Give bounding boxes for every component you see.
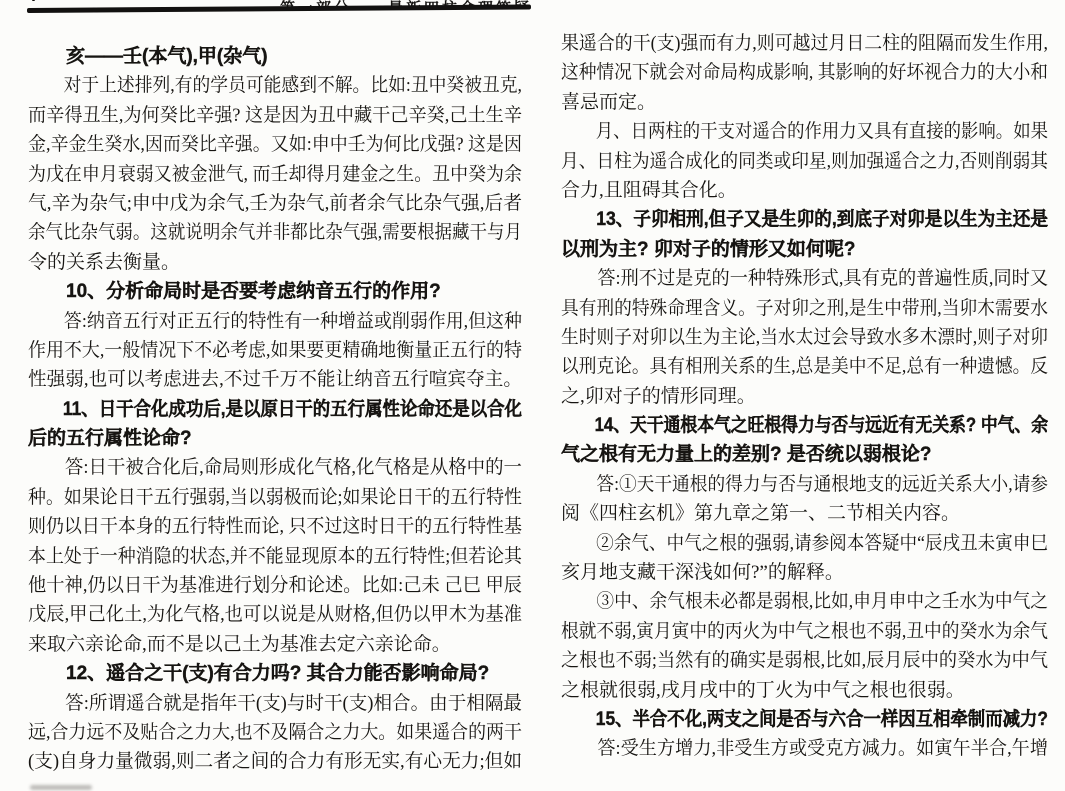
text-line: 阅《四柱玄机》第九章之第一、二节相关内容。	[561, 499, 1048, 528]
text-line: 以刑克论。具有相刑关系的生,总是美中不足,总有一种遗憾。反	[561, 352, 1048, 381]
text-line: 之根也不弱;当然有的确实是弱根,比如,辰月辰中的癸水为中气	[561, 646, 1048, 675]
text-line: 气,辛为杂气;申中戊为余气,壬为杂气,前者余气比杂气强,后者	[28, 189, 522, 218]
text-line: 令的关系去衡量。	[28, 248, 522, 277]
text-line: 答:①天干通根的得力与否与通根地支的远近关系大小,请参	[561, 470, 1048, 499]
text-line: ②余气、中气之根的强弱,请参阅本答疑中“辰戌丑未寅申巳	[561, 529, 1048, 558]
text-line: 余气比杂气弱。这就说明余气并非都比杂气强,需要根据藏干与月	[28, 218, 522, 247]
text-line: 15、半合不化,两支之间是否与六合一样因互相牵制而减力?	[561, 705, 1048, 734]
text-line: 答:受生方增力,非受生方或受克方减力。如寅午半合,午增	[561, 734, 1048, 763]
text-line: 戊辰,甲己化土,为化气格,也可以说是从财格,但仍以甲木为基准	[28, 600, 522, 629]
text-line: 答:所谓遥合就是指年干(支)与时干(支)相合。由于相隔最	[28, 689, 522, 718]
text-line: 来取六亲论命,而不是以己土为基准去定六亲论命。	[28, 630, 522, 659]
text-line: 具有刑的特殊命理含义。子对卯之刑,是生中带刑,当卯木需要水	[561, 294, 1048, 323]
text-line: 答:纳音五行对正五行的特性有一种增益或削弱作用,但这种	[28, 307, 522, 336]
text-line: 种。如果论日干五行强弱,当以弱极而论;如果论日干的五行特性	[28, 483, 522, 512]
text-line: 根就不弱,寅月寅中的丙火为中气之根也不弱,丑中的癸水为余气	[561, 617, 1048, 646]
text-line: 作用不大,一般情况下不必考虑,如果要更精确地衡量正五行的特	[28, 336, 522, 365]
text-line: 远,合力远不及贴合之力大,也不及隔合之力大。如果遥合的两干	[28, 718, 522, 747]
text-line: 喜忌而定。	[561, 88, 1048, 117]
text-line: 气之根有无力量上的差别? 是否统以弱根论?	[561, 440, 1048, 469]
text-line: 答:刑不过是克的一种特殊形式,具有克的普遍性质,同时又	[561, 264, 1048, 293]
text-line: 果遥合的干(支)强而有力,则可越过月日二柱的阻隔而发生作用,	[561, 29, 1048, 58]
book-page-scan: 4 第一部分——最新四柱命理答疑 亥——壬(本气),甲(杂气) 对于上述排列,有…	[0, 0, 1065, 791]
text-line: ③中、余气根未必都是弱根,比如,申月申中之壬水为中气之	[561, 587, 1048, 616]
page-number: 4	[26, 0, 56, 6]
text-line: 这种情况下就会对命局构成影响, 其影响的好坏视合力的大小和	[561, 58, 1048, 87]
text-line: 本上处于一种消隐的状态,并不能显现原本的五行特性;但若论其	[28, 542, 522, 571]
text-line: (支)自身力量微弱,则二者之间的合力有形无实,有心无力;但如	[28, 747, 522, 776]
text-line: 而辛得丑生,为何癸比辛强? 这是因为丑中藏干己辛癸,己土生辛	[28, 101, 522, 130]
text-line: 亥月地支藏干深浅如何?”的解释。	[561, 558, 1048, 587]
text-line: 月、日两柱的干支对遥合的作用力又具有直接的影响。如果	[561, 117, 1048, 146]
text-line: 11、日干合化成功后,是以原日干的五行属性论命还是以合化	[28, 395, 522, 424]
text-line: 后的五行属性论命?	[28, 424, 522, 453]
text-line: 合力,且阻碍其合化。	[561, 176, 1048, 205]
text-line: 亥——壬(本气),甲(杂气)	[28, 42, 522, 71]
text-line: 答:日干被合化后,命局则形成化气格,化气格是从格中的一	[28, 453, 522, 482]
text-line: 13、子卯相刑,但子又是生卯的,到底子对卯是以生为主还是	[561, 205, 1048, 234]
right-text-column: 果遥合的干(支)强而有力,则可越过月日二柱的阻隔而发生作用,这种情况下就会对命局…	[561, 29, 1048, 764]
text-line: 之,卯对子的情形同理。	[561, 382, 1048, 411]
text-line: 12、遥合之干(支)有合力吗? 其合力能否影响命局?	[28, 659, 522, 688]
text-line: 为戊在申月衰弱又被金泄气, 而壬却得月建金之生。丑中癸为余	[28, 160, 522, 189]
text-line: 金,辛金生癸水,因而癸比辛强。又如:申中壬为何比戊强? 这是因	[28, 130, 522, 159]
text-line: 月、日柱为遥合成化的同类或印星,则加强遥合之力,否则削弱其	[561, 147, 1048, 176]
text-line: 生时则子对卯以生为主论,当水太过会导致水多木漂时,则子对卯	[561, 323, 1048, 352]
text-line: 对于上述排列,有的学员可能感到不解。比如:丑中癸被丑克,	[28, 71, 522, 100]
text-line: 他十神,仍以日干为基准进行划分和论述。比如:己未 己巳 甲辰	[28, 571, 522, 600]
left-text-column: 亥——壬(本气),甲(杂气) 对于上述排列,有的学员可能感到不解。比如:丑中癸被…	[28, 42, 522, 777]
text-line: 以刑为主? 卯对子的情形又如何呢?	[561, 235, 1048, 264]
text-line: 10、分析命局时是否要考虑纳音五行的作用?	[28, 277, 522, 306]
text-line: 性强弱,也可以考虑进去,不过千万不能让纳音五行喧宾夺主。	[28, 365, 522, 394]
text-line: 14、天干通根本气之旺根得力与否与远近有无关系? 中气、余	[561, 411, 1048, 440]
ink-smudge-artifact	[30, 785, 92, 790]
header-rule	[27, 4, 531, 12]
text-line: 则仍以日干本身的五行特性而论, 只不过这时日干的五行特性基	[28, 512, 522, 541]
text-line: 之根就很弱,戌月戌中的丁火为中气之根也很弱。	[561, 676, 1048, 705]
